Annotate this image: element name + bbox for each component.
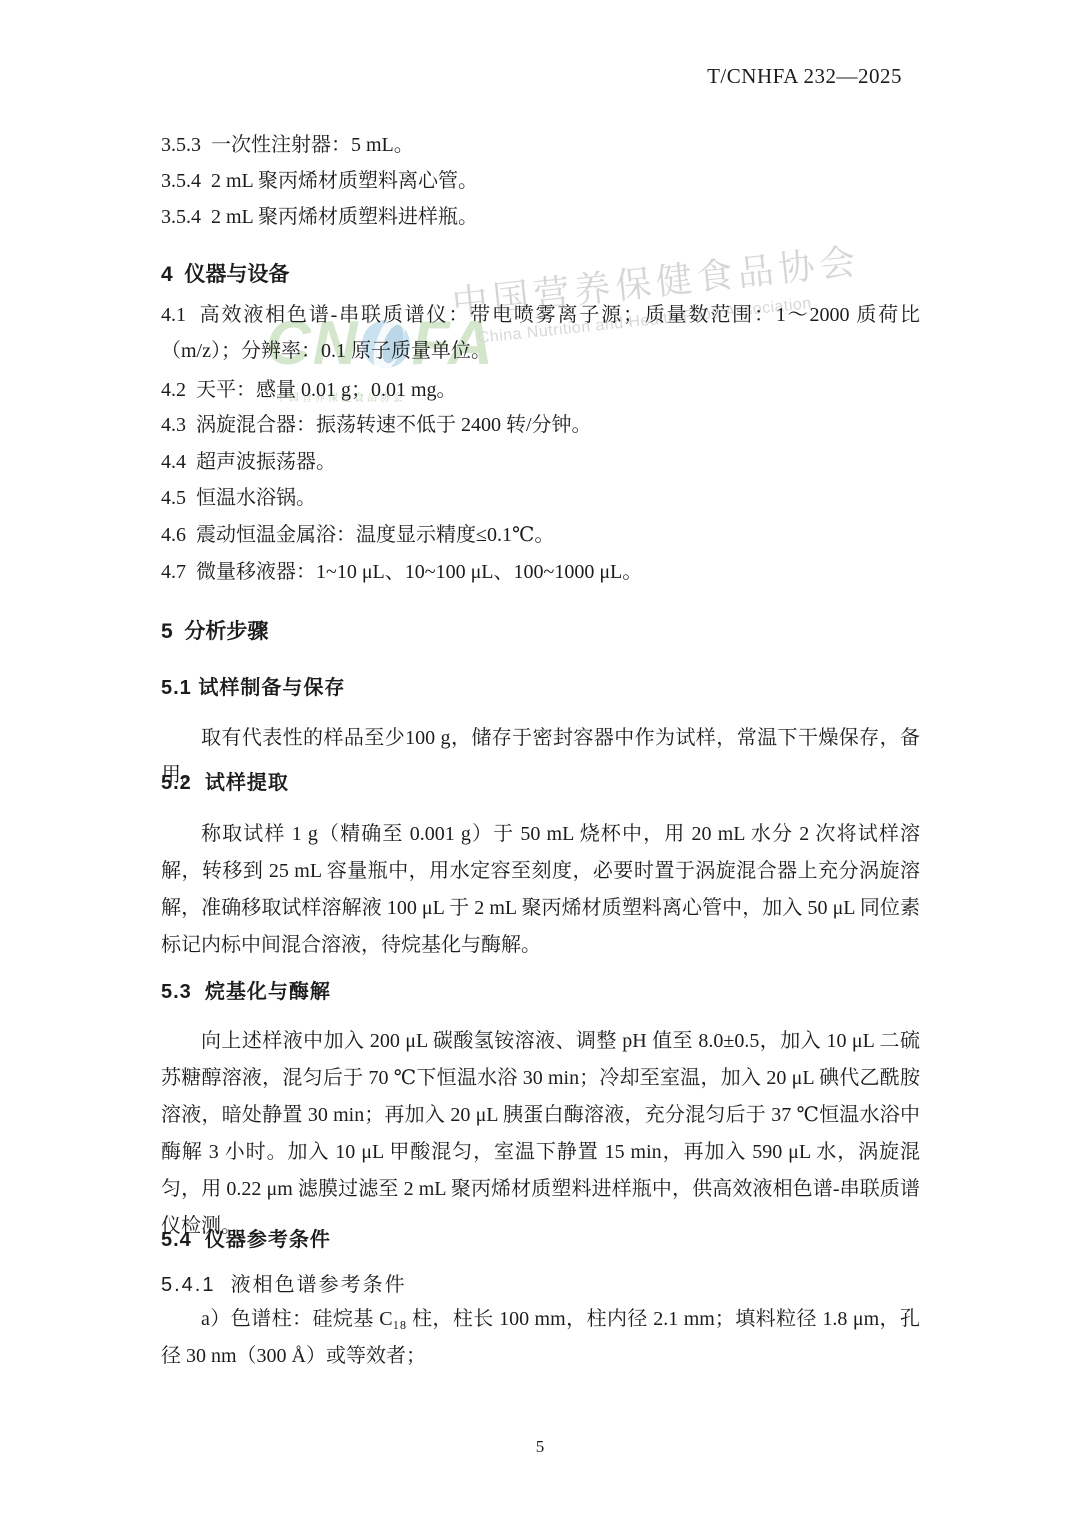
doc-number-header: T/CNHFA 232—2025: [0, 64, 902, 89]
section-5-2-heading: 5.2 试样提取: [161, 769, 920, 797]
section-5-4-1-heading: 5.4.1 液相色谱参考条件: [161, 1271, 920, 1299]
clause-4-1: 4.1 高效液相色谱-串联质谱仪：带电喷雾离子源；质量数范围：1～2000 质荷…: [161, 297, 920, 369]
clause-4-6: 4.6 震动恒温金属浴：温度显示精度≤0.1℃。: [161, 517, 920, 554]
section-5-1-heading: 5.1 试样制备与保存: [161, 674, 920, 702]
clause-4-3: 4.3 涡旋混合器：振荡转速不低于 2400 转/分钟。: [161, 407, 920, 444]
clause-3-5-4a: 3.5.4 2 mL 聚丙烯材质塑料离心管。: [161, 163, 920, 200]
section-5-heading: 5 分析步骤: [161, 618, 920, 646]
clause-3-5-4b: 3.5.4 2 mL 聚丙烯材质塑料进样瓶。: [161, 199, 920, 236]
clause-4-4: 4.4 超声波振荡器。: [161, 444, 920, 481]
section-5-3-heading: 5.3 烷基化与酶解: [161, 978, 920, 1006]
section-5-4-1-item-a: a）色谱柱：硅烷基 C₁₈ 柱，柱长 100 mm，柱内径 2.1 mm；填料粒…: [161, 1301, 920, 1375]
section-5-3-body: 向上述样液中加入 200 μL 碳酸氢铵溶液、调整 pH 值至 8.0±0.5，…: [161, 1023, 920, 1245]
section-4-heading: 4 仪器与设备: [161, 261, 920, 289]
clause-4-7: 4.7 微量移液器：1~10 μL、10~100 μL、100~1000 μL。: [161, 554, 920, 591]
clause-4-2: 4.2 天平：感量 0.01 g；0.01 mg。: [161, 372, 920, 409]
page-number: 5: [0, 1437, 1080, 1457]
clause-3-5-3: 3.5.3 一次性注射器：5 mL。: [161, 127, 920, 164]
document-page: CN FA 中国营养保健食品协会 中国营养保健食品协会 China Nutrit…: [0, 0, 1080, 1527]
clause-4-5: 4.5 恒温水浴锅。: [161, 480, 920, 517]
section-5-2-body: 称取试样 1 g（精确至 0.001 g）于 50 mL 烧杯中，用 20 mL…: [161, 816, 920, 964]
section-5-4-heading: 5.4 仪器参考条件: [161, 1226, 920, 1254]
